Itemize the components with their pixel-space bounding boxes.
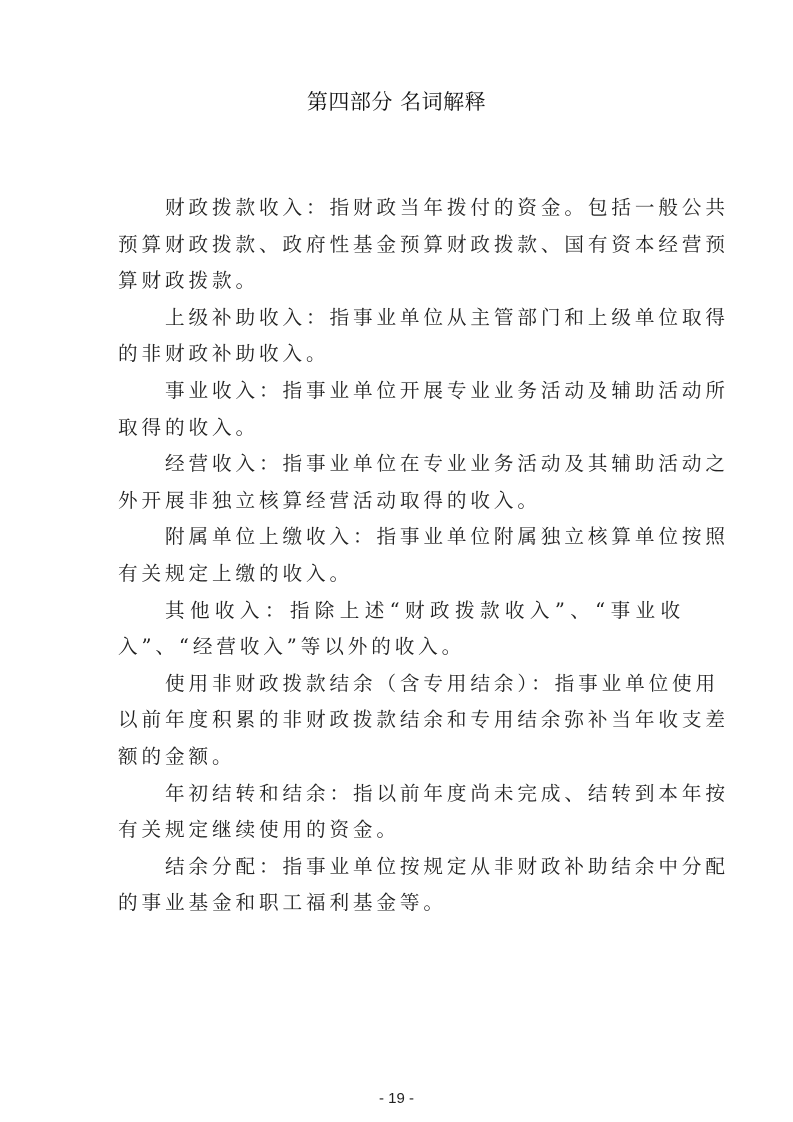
paragraph-line: 事业收入：指事业单位开展专业业务活动及辅助活动所 xyxy=(118,373,684,410)
paragraph-line: 经营收入：指事业单位在专业业务活动及其辅助活动之 xyxy=(118,446,684,483)
glossary-entry-opening-carryover: 年初结转和结余：指以前年度尚未完成、结转到本年按 有关规定继续使用的资金。 xyxy=(118,776,684,849)
glossary-entry-operating-income: 经营收入：指事业单位在专业业务活动及其辅助活动之 外开展非独立核算经营活动取得的… xyxy=(118,446,684,519)
paragraph-line: 其他收入：指除上述“财政拨款收入”、“事业收 xyxy=(118,593,684,630)
page-number: - 19 - xyxy=(0,1090,793,1107)
paragraph-line: 财政拨款收入：指财政当年拨付的资金。包括一般公共 xyxy=(118,190,684,227)
glossary-entry-balance-distribution: 结余分配：指事业单位按规定从非财政补助结余中分配 的事业基金和职工福利基金等。 xyxy=(118,849,684,922)
paragraph-line: 入”、“经营收入”等以外的收入。 xyxy=(118,629,684,666)
paragraph-line: 使用非财政拨款结余（含专用结余）：指事业单位使用 xyxy=(118,666,684,703)
paragraph-line: 有关规定上缴的收入。 xyxy=(118,556,684,593)
paragraph-line: 的事业基金和职工福利基金等。 xyxy=(118,885,684,922)
paragraph-line: 以前年度积累的非财政拨款结余和专用结余弥补当年收支差 xyxy=(118,702,684,739)
paragraph-line: 年初结转和结余：指以前年度尚未完成、结转到本年按 xyxy=(118,776,684,813)
paragraph-line: 结余分配：指事业单位按规定从非财政补助结余中分配 xyxy=(118,849,684,886)
glossary-entry-superior-subsidy-income: 上级补助收入：指事业单位从主管部门和上级单位取得 的非财政补助收入。 xyxy=(118,300,684,373)
paragraph-line: 上级补助收入：指事业单位从主管部门和上级单位取得 xyxy=(118,300,684,337)
paragraph-line: 有关规定继续使用的资金。 xyxy=(118,812,684,849)
glossary-entry-business-income: 事业收入：指事业单位开展专业业务活动及辅助活动所 取得的收入。 xyxy=(118,373,684,446)
paragraph-line: 取得的收入。 xyxy=(118,410,684,447)
paragraph-line: 外开展非独立核算经营活动取得的收入。 xyxy=(118,483,684,520)
glossary-entry-non-fiscal-balance-usage: 使用非财政拨款结余（含专用结余）：指事业单位使用 以前年度积累的非财政拨款结余和… xyxy=(118,666,684,776)
paragraph-line: 算财政拨款。 xyxy=(118,263,684,300)
paragraph-line: 额的金额。 xyxy=(118,739,684,776)
glossary-entry-other-income: 其他收入：指除上述“财政拨款收入”、“事业收 入”、“经营收入”等以外的收入。 xyxy=(118,593,684,666)
document-page: 第四部分 名词解释 财政拨款收入：指财政当年拨付的资金。包括一般公共 预算财政拨… xyxy=(0,0,793,1122)
paragraph-line: 的非财政补助收入。 xyxy=(118,336,684,373)
glossary-entry-affiliated-unit-income: 附属单位上缴收入：指事业单位附属独立核算单位按照 有关规定上缴的收入。 xyxy=(118,519,684,592)
glossary-body: 财政拨款收入：指财政当年拨付的资金。包括一般公共 预算财政拨款、政府性基金预算财… xyxy=(118,190,684,922)
glossary-entry-fiscal-appropriation-income: 财政拨款收入：指财政当年拨付的资金。包括一般公共 预算财政拨款、政府性基金预算财… xyxy=(118,190,684,300)
page-title: 第四部分 名词解释 xyxy=(0,86,793,116)
paragraph-line: 预算财政拨款、政府性基金预算财政拨款、国有资本经营预 xyxy=(118,227,684,264)
paragraph-line: 附属单位上缴收入：指事业单位附属独立核算单位按照 xyxy=(118,519,684,556)
